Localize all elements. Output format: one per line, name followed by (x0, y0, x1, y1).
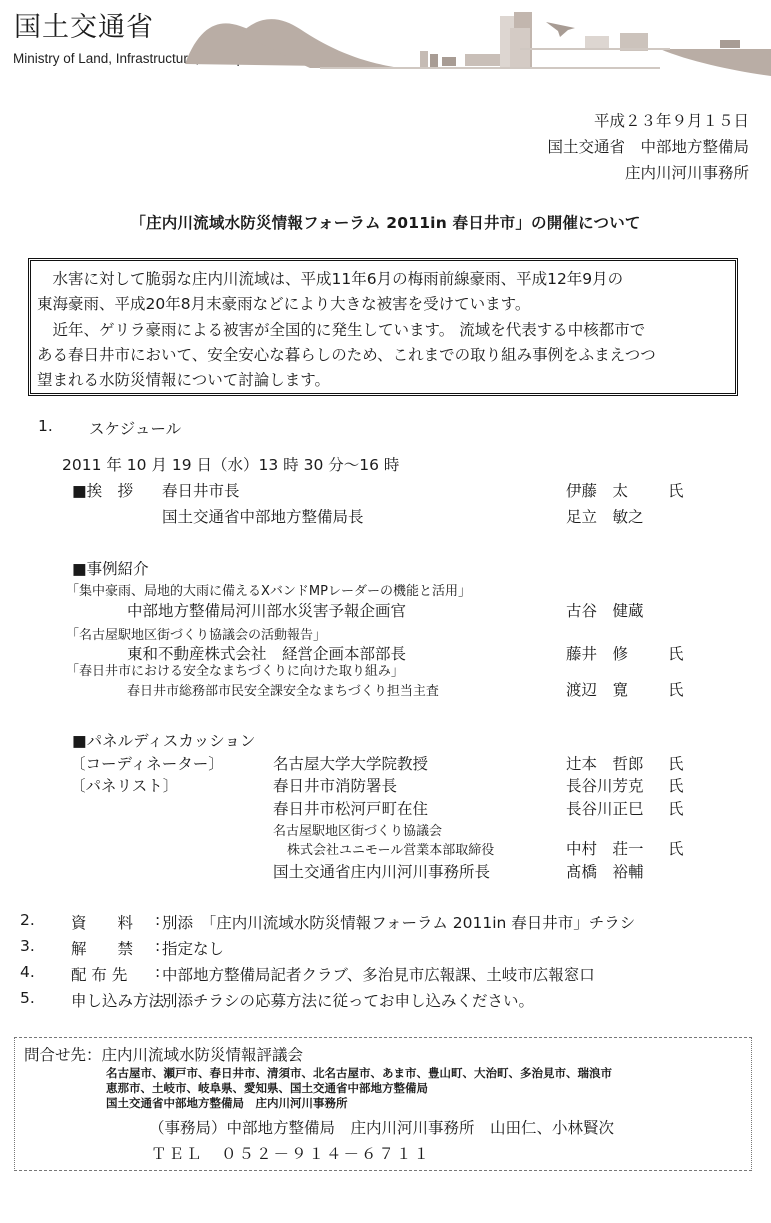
honorific: 氏 (668, 797, 684, 819)
summary-line: 望まれる水防災情報について討論します。 (37, 368, 330, 392)
document-title: 「庄内川流域水防災情報フォーラム 2011in 春日井市」の開催について (0, 211, 771, 233)
honorific: 氏 (668, 752, 684, 774)
greeting-name: 伊藤 太 (566, 479, 628, 501)
greeting-role: 春日井市長 (162, 479, 240, 501)
item-number: 4. (20, 963, 35, 981)
panelist-label: 〔パネリスト〕 (70, 774, 178, 796)
honorific: 氏 (668, 837, 684, 859)
panel-role: 名古屋駅地区街づくり協議会 (273, 820, 442, 839)
summary-line: ある春日井市において、安全安心な暮らしのため、これまでの取り組み事例をふまえつつ (37, 343, 656, 367)
issuer-office: 庄内川河川事務所 (547, 160, 749, 186)
issue-date: 平成２３年９月１５日 (547, 108, 749, 134)
case-speaker-name: 渡辺 寛 (566, 678, 628, 700)
council-members-line: 恵那市、土岐市、岐阜県、愛知県、国土交通省中部地方整備局 (106, 1081, 428, 1096)
honorific: 氏 (668, 642, 684, 664)
honorific: 氏 (668, 479, 684, 501)
item-number: 5. (20, 989, 35, 1007)
case-speaker-name: 藤井 修 (566, 642, 628, 664)
greeting-name: 足立 敏之 (566, 505, 644, 527)
issuer-org: 国土交通省 中部地方整備局 (547, 134, 749, 160)
coordinator-label: 〔コーディネーター〕 (70, 752, 224, 774)
item-label: 解 禁 (71, 937, 133, 959)
panel-name: 中村 荘一 (566, 837, 644, 859)
case-speaker-name: 古谷 健蔵 (566, 599, 644, 621)
panel-role: 国土交通省庄内川河川事務所長 (273, 860, 490, 882)
honorific: 氏 (668, 678, 684, 700)
greeting-label: ■挨 拶 (72, 479, 133, 501)
contact-label: 問合せ先：庄内川流域水防災情報評議会 (24, 1043, 303, 1065)
council-members-line: 国土交通省中部地方整備局 庄内川河川事務所 (106, 1096, 348, 1111)
panel-name: 長谷川正巳 (566, 797, 644, 819)
skyline-banner-graphic (180, 4, 771, 76)
panel-name: 髙橋 裕輔 (566, 860, 644, 882)
case-topic: 「春日井市における安全なまちづくりに向けた取り組み」 (66, 660, 404, 679)
item-number: 3. (20, 937, 35, 955)
item-colon: : (155, 989, 160, 1007)
secretariat-contact: （事務局）中部地方整備局 庄内川河川事務所 山田仁、小林賢次 (149, 1116, 614, 1138)
case-topic: 「集中豪雨、局地的大雨に備えるXバンドMPレーダーの機能と活用」 (66, 580, 471, 599)
panel-role: 春日井市松河戸町在住 (273, 797, 428, 819)
event-datetime: 2011 年 10 月 19 日（水）13 時 30 分～16 時 (62, 453, 399, 475)
panel-role: 株式会社ユニモール営業本部取締役 (287, 839, 494, 858)
date-block: 平成２３年９月１５日 国土交通省 中部地方整備局 庄内川河川事務所 (547, 108, 749, 186)
item-label: 配 布 先 (71, 963, 127, 985)
honorific: 氏 (668, 774, 684, 796)
council-members-line: 名古屋市、瀬戸市、春日井市、清須市、北名古屋市、あま市、豊山町、大治町、多治見市… (106, 1066, 612, 1081)
section-heading-schedule: スケジュール (89, 417, 181, 439)
cases-label: ■事例紹介 (72, 557, 149, 579)
case-role: 春日井市総務部市民安全課安全なまちづくり担当主査 (127, 680, 439, 699)
item-colon: : (155, 963, 160, 981)
panel-name: 長谷川芳克 (566, 774, 644, 796)
item-colon: : (155, 937, 160, 955)
case-role: 中部地方整備局河川部水災害予報企画官 (127, 599, 406, 621)
summary-line: 東海豪雨、平成20年8月末豪雨などにより大きな被害を受けています。 (37, 292, 530, 316)
contact-telephone: ＴＥＬ ０５２－９１４－６７１１ (151, 1142, 431, 1164)
section-number: 1. (38, 417, 53, 435)
item-label: 資 料 (71, 911, 133, 933)
summary-line: 近年、ゲリラ豪雨による被害が全国的に発生しています。 流域を代表する中核都市で (37, 318, 645, 342)
summary-box: 水害に対して脆弱な庄内川流域は、平成11年6月の梅雨前線豪雨、平成12年9月の … (28, 258, 738, 396)
panel-role: 春日井市消防署長 (273, 774, 397, 796)
ministry-logo-jp: 国土交通省 (14, 12, 154, 44)
item-label: 申し込み方法 (71, 989, 164, 1011)
case-topic: 「名古屋駅地区街づくり協議会の活動報告」 (66, 624, 326, 643)
item-number: 2. (20, 911, 35, 929)
item-value-distribution: 中部地方整備局記者クラブ、多治見市広報課、土岐市広報窓口 (162, 963, 595, 985)
panel-label: ■パネルディスカッション (72, 729, 255, 751)
item-value-application: 別添チラシの応募方法に従ってお申し込みください。 (162, 989, 534, 1011)
item-colon: : (155, 911, 160, 929)
item-value-materials: 別添 「庄内川流域水防災情報フォーラム 2011in 春日井市」チラシ (162, 911, 635, 933)
item-value-embargo: 指定なし (162, 937, 224, 959)
greeting-role: 国土交通省中部地方整備局長 (162, 505, 364, 527)
panel-name: 辻本 哲郎 (566, 752, 644, 774)
panel-role: 名古屋大学大学院教授 (273, 752, 428, 774)
summary-line: 水害に対して脆弱な庄内川流域は、平成11年6月の梅雨前線豪雨、平成12年9月の (37, 267, 623, 291)
